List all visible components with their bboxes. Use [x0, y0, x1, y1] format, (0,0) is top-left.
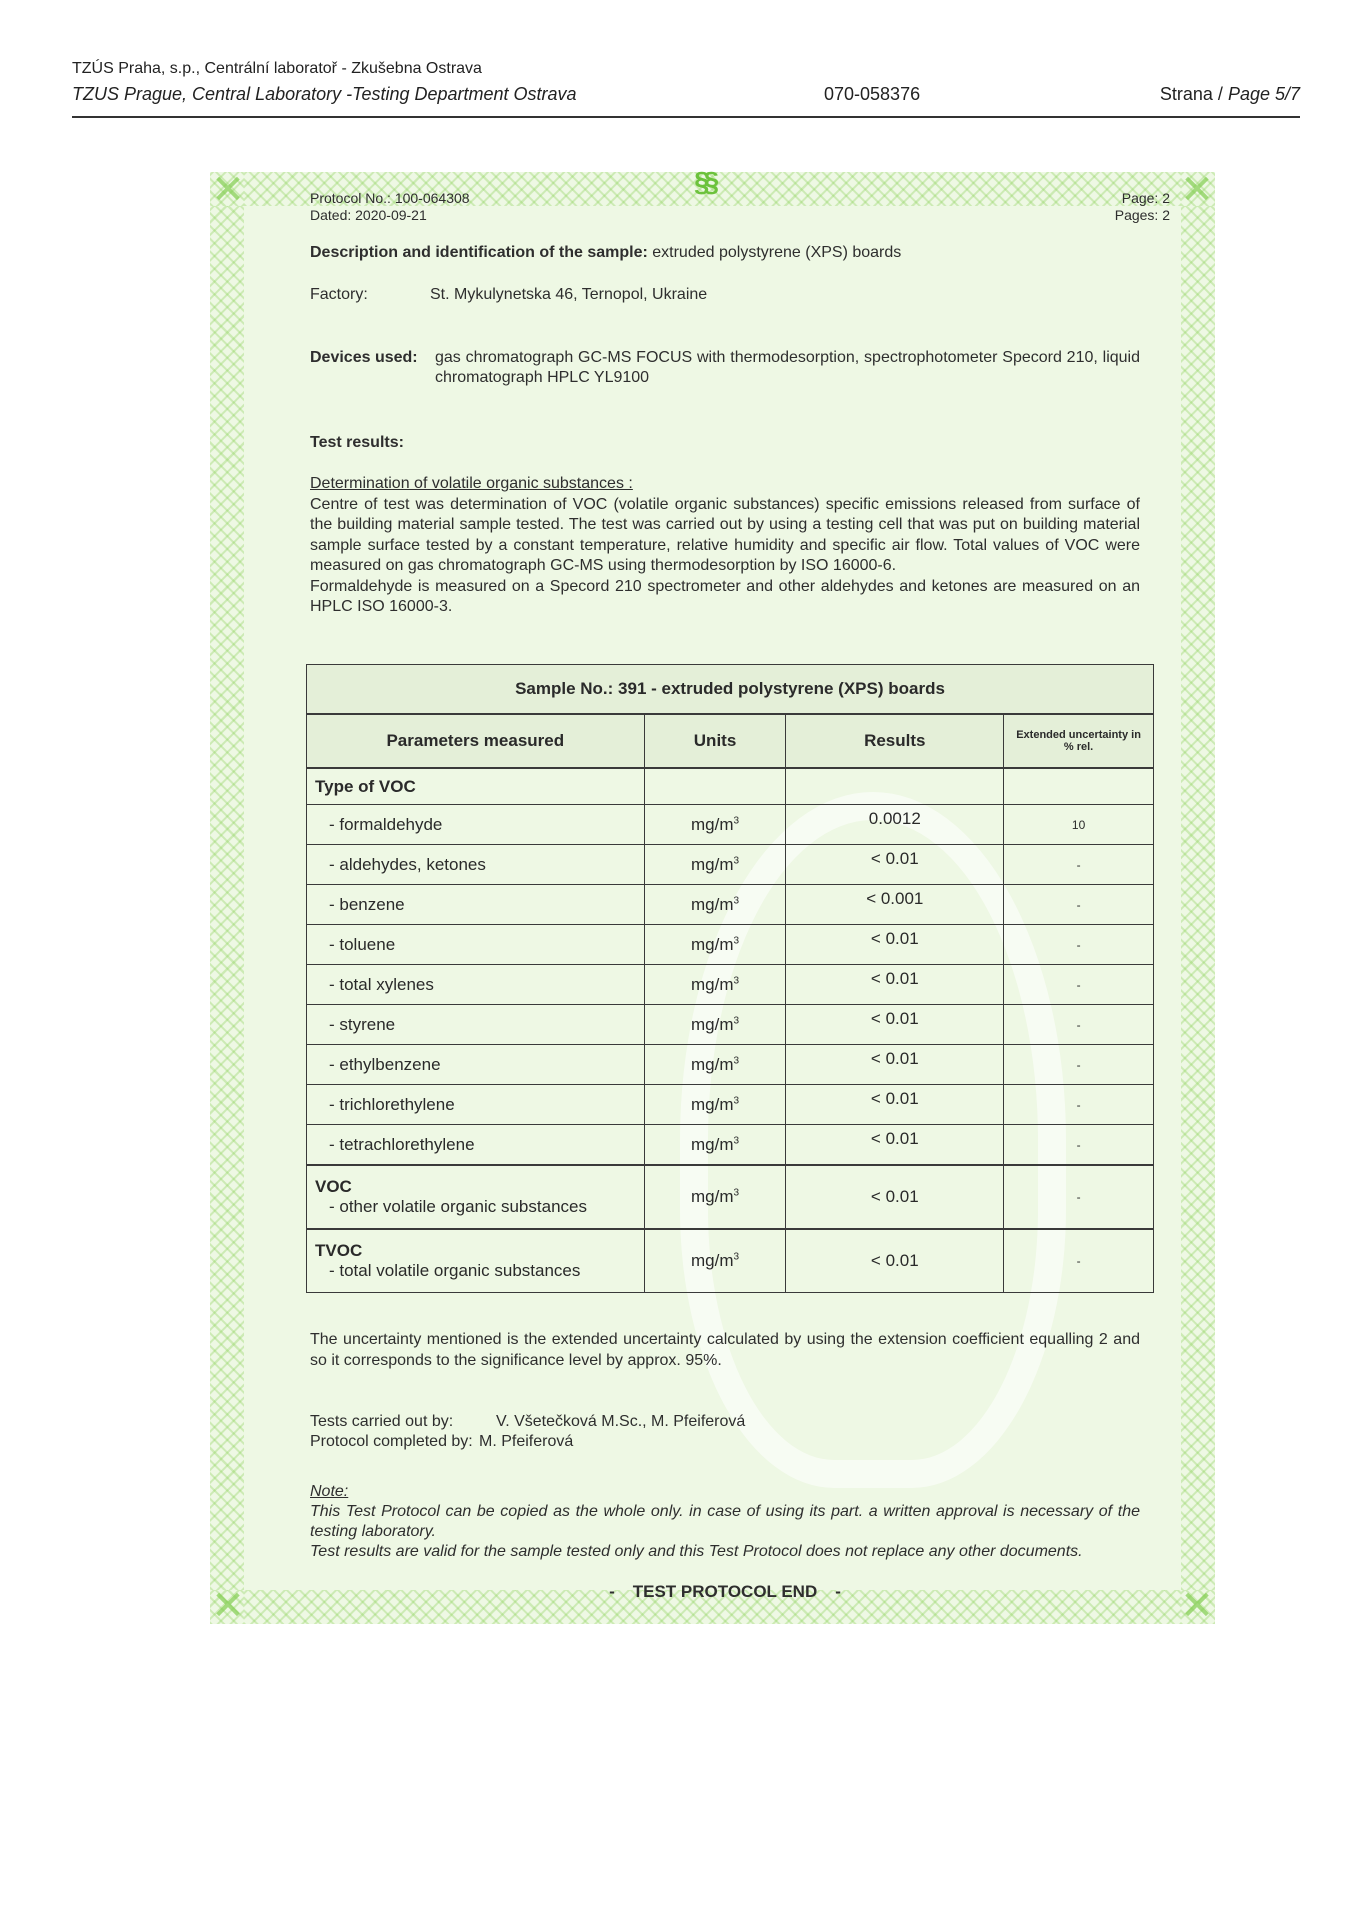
- table-row: VOC- other volatile organic substances m…: [307, 1165, 1154, 1229]
- table-row: - ethylbenzenemg/m3< 0.01-: [307, 1045, 1154, 1085]
- uncertainty-cell: -: [1004, 925, 1154, 965]
- sample-description: Description and identification of the sa…: [310, 244, 901, 262]
- result-cell: < 0.01: [786, 925, 1004, 965]
- note-section: Note: This Test Protocol can be copied a…: [310, 1482, 1140, 1562]
- determination-section: Determination of volatile organic substa…: [310, 474, 1140, 618]
- result-cell: < 0.01: [786, 1085, 1004, 1125]
- corner-ornament-icon: ✕: [1173, 1582, 1221, 1630]
- uncertainty-cell: -: [1004, 965, 1154, 1005]
- uncertainty-cell: -: [1004, 1125, 1154, 1166]
- corner-ornament-icon: ✕: [204, 166, 252, 214]
- lab-logo-icon: §§: [694, 166, 713, 198]
- factory-info: Factory:St. Mykulynetska 46, Ternopol, U…: [310, 286, 707, 304]
- page-header: TZÚS Praha, s.p., Centrální laboratoř - …: [72, 60, 1300, 112]
- table-row: Type of VOC: [307, 768, 1154, 805]
- result-cell: < 0.01: [786, 1229, 1004, 1293]
- result-cell: < 0.01: [786, 965, 1004, 1005]
- unit-cell: mg/m3: [644, 845, 786, 885]
- table-row: - aldehydes, ketonesmg/m3< 0.01-: [307, 845, 1154, 885]
- results-table: Sample No.: 391 - extruded polystyrene (…: [306, 664, 1154, 1293]
- parameter-cell: - formaldehyde: [307, 805, 645, 845]
- parameter-cell: - ethylbenzene: [307, 1045, 645, 1085]
- unit-cell: mg/m3: [644, 1045, 786, 1085]
- uncertainty-cell: -: [1004, 1165, 1154, 1229]
- unit-cell: mg/m3: [644, 965, 786, 1005]
- unit-cell: mg/m3: [644, 1229, 786, 1293]
- testers: V. Všetečková M.Sc., M. Pfeiferová: [496, 1413, 745, 1430]
- table-row: TVOC- total volatile organic substances …: [307, 1229, 1154, 1293]
- protocol-date: Dated: 2020-09-21: [310, 207, 470, 224]
- column-header: Extended uncertainty in % rel.: [1004, 714, 1154, 768]
- header-rule: [72, 116, 1300, 118]
- table-row: - tetrachlorethylenemg/m3< 0.01-: [307, 1125, 1154, 1166]
- column-header: Parameters measured: [307, 714, 645, 768]
- column-header: Units: [644, 714, 786, 768]
- uncertainty-cell: -: [1004, 1085, 1154, 1125]
- uncertainty-cell: -: [1004, 1005, 1154, 1045]
- determination-heading: Determination of volatile organic substa…: [310, 474, 1140, 495]
- parameter-cell: - total xylenes: [307, 965, 645, 1005]
- table-title: Sample No.: 391 - extruded polystyrene (…: [307, 665, 1154, 715]
- result-cell: < 0.01: [786, 1125, 1004, 1166]
- uncertainty-cell: 10: [1004, 805, 1154, 845]
- parameter-cell: - tetrachlorethylene: [307, 1125, 645, 1166]
- page-indicator: Strana / Page 5/7: [1160, 84, 1300, 105]
- corner-ornament-icon: ✕: [1173, 166, 1221, 214]
- protocol-page: Page: 2: [1115, 190, 1170, 207]
- parameter-cell: - aldehydes, ketones: [307, 845, 645, 885]
- result-cell: 0.0012: [786, 805, 1004, 845]
- protocol-number: Protocol No.: 100-064308: [310, 190, 470, 207]
- result-cell: < 0.01: [786, 1045, 1004, 1085]
- completed-by: M. Pfeiferová: [479, 1433, 573, 1450]
- corner-ornament-icon: ✕: [204, 1582, 252, 1630]
- parameter-cell: - benzene: [307, 885, 645, 925]
- devices-used: Devices used: gas chromatograph GC-MS FO…: [310, 348, 1140, 388]
- unit-cell: mg/m3: [644, 925, 786, 965]
- determination-text: Centre of test was determination of VOC …: [310, 496, 1140, 575]
- unit-cell: mg/m3: [644, 885, 786, 925]
- protocol-end: -TEST PROTOCOL END-: [310, 1582, 1140, 1602]
- uncertainty-note: The uncertainty mentioned is the extende…: [310, 1330, 1140, 1371]
- table-row: - trichlorethylenemg/m3< 0.01-: [307, 1085, 1154, 1125]
- personnel: Tests carried out by:V. Všetečková M.Sc.…: [310, 1412, 745, 1452]
- uncertainty-cell: -: [1004, 1229, 1154, 1293]
- unit-cell: mg/m3: [644, 805, 786, 845]
- document-number: 070-058376: [824, 84, 920, 105]
- lab-name-en: TZUS Prague, Central Laboratory -Testing…: [72, 84, 577, 105]
- unit-cell: mg/m3: [644, 1165, 786, 1229]
- table-row: - styrenemg/m3< 0.01-: [307, 1005, 1154, 1045]
- result-cell: < 0.01: [786, 1005, 1004, 1045]
- table-row: - toluenemg/m3< 0.01-: [307, 925, 1154, 965]
- uncertainty-cell: -: [1004, 845, 1154, 885]
- parameter-cell: - toluene: [307, 925, 645, 965]
- unit-cell: mg/m3: [644, 1085, 786, 1125]
- parameter-cell: - styrene: [307, 1005, 645, 1045]
- result-cell: < 0.01: [786, 845, 1004, 885]
- test-results-heading: Test results:: [310, 434, 404, 452]
- protocol-page-count: Pages: 2: [1115, 207, 1170, 224]
- certificate-frame: ✕ ✕ ✕ ✕ §§ Protocol No.: 100-064308 Date…: [210, 172, 1215, 1624]
- result-cell: < 0.01: [786, 1165, 1004, 1229]
- table-row: - benzenemg/m3< 0.001-: [307, 885, 1154, 925]
- unit-cell: mg/m3: [644, 1005, 786, 1045]
- uncertainty-cell: -: [1004, 885, 1154, 925]
- uncertainty-cell: -: [1004, 1045, 1154, 1085]
- unit-cell: mg/m3: [644, 1125, 786, 1166]
- result-cell: < 0.001: [786, 885, 1004, 925]
- parameter-cell: - trichlorethylene: [307, 1085, 645, 1125]
- determination-text-2: Formaldehyde is measured on a Specord 21…: [310, 578, 1140, 616]
- table-row: - total xylenesmg/m3< 0.01-: [307, 965, 1154, 1005]
- lab-name-cz: TZÚS Praha, s.p., Centrální laboratoř - …: [72, 60, 1300, 82]
- column-header: Results: [786, 714, 1004, 768]
- table-row: - formaldehydemg/m30.001210: [307, 805, 1154, 845]
- protocol-info: Protocol No.: 100-064308 Dated: 2020-09-…: [310, 190, 470, 224]
- group-label: Type of VOC: [307, 768, 645, 805]
- protocol-pages: Page: 2 Pages: 2: [1115, 190, 1170, 224]
